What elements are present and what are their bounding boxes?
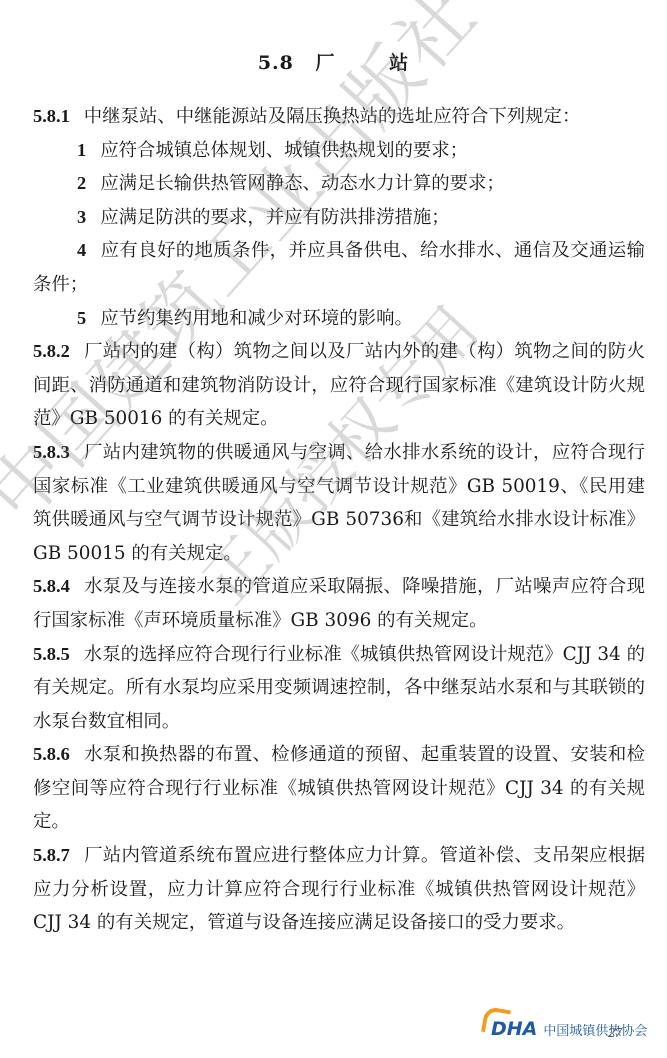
clause-5-8-7: 5.8.7厂站内管道系统布置应进行整体应力计算。管道补偿、支吊架应根据应力分析设…	[33, 839, 645, 940]
item-text: 应符合城镇总体规划、城镇供热规划的要求；	[100, 140, 468, 161]
clause-number: 5.8.1	[33, 106, 70, 126]
document-page: 5.8 厂 站 5.8.1中继泵站、中继能源站及隔压换热站的选址应符合下列规定：…	[0, 0, 667, 1058]
section-title-char1: 厂	[316, 52, 336, 74]
item-text: 应满足防洪的要求，并应有防洪排涝措施；	[100, 207, 449, 228]
item-number: 3	[77, 207, 86, 227]
list-item: 3应满足防洪的要求，并应有防洪排涝措施；	[33, 201, 645, 235]
list-item: 5应节约集约用地和减少对环境的影响。	[33, 302, 645, 336]
section-title-char2: 站	[389, 52, 409, 74]
item-number: 1	[77, 140, 86, 160]
clause-5-8-6: 5.8.6水泵和换热器的布置、检修通道的预留、起重装置的设置、安装和检修空间等应…	[33, 738, 645, 839]
clause-text: 水泵和换热器的布置、检修通道的预留、起重装置的设置、安装和检修空间等应符合现行行…	[33, 744, 645, 832]
document-body: 5.8.1中继泵站、中继能源站及隔压换热站的选址应符合下列规定： 1应符合城镇总…	[33, 100, 645, 940]
clause-text: 厂站内建筑物的供暖通风与空调、给水排水系统的设计，应符合现行国家标准《工业建筑供…	[33, 442, 645, 564]
section-number: 5.8	[258, 52, 294, 74]
item-number: 5	[77, 308, 86, 328]
item-text: 应有良好的地质条件，并应具备供电、给水排水、通信及交通运输条件；	[33, 240, 645, 295]
clause-text: 厂站内管道系统布置应进行整体应力计算。管道补偿、支吊架应根据应力分析设置，应力计…	[33, 845, 645, 933]
clause-text: 水泵的选择应符合现行行业标准《城镇供热管网设计规范》CJJ 34 的有关规定。所…	[33, 644, 645, 732]
clause-number: 5.8.3	[33, 442, 70, 462]
page-number: 27	[608, 1026, 622, 1042]
clause-text: 中继泵站、中继能源站及隔压换热站的选址应符合下列规定：	[84, 106, 581, 127]
item-number: 4	[77, 240, 86, 260]
clause-text: 厂站内的建（构）筑物之间以及厂站内外的建（构）筑物之间的防火间距、消防通道和建筑…	[33, 341, 645, 429]
list-item: 4应有良好的地质条件，并应具备供电、给水排水、通信及交通运输条件；	[33, 234, 645, 301]
clause-5-8-5: 5.8.5水泵的选择应符合现行行业标准《城镇供热管网设计规范》CJJ 34 的有…	[33, 638, 645, 739]
list-item: 1应符合城镇总体规划、城镇供热规划的要求；	[33, 134, 645, 168]
clause-5-8-2: 5.8.2厂站内的建（构）筑物之间以及厂站内外的建（构）筑物之间的防火间距、消防…	[33, 335, 645, 436]
item-text: 应满足长输供热管网静态、动态水力计算的要求；	[100, 173, 505, 194]
footer-logo: DHA 中国城镇供热协会	[485, 1018, 647, 1040]
clause-number: 5.8.4	[33, 576, 70, 596]
clause-number: 5.8.5	[33, 644, 70, 664]
clause-text: 水泵及与连接水泵的管道应采取隔振、降噪措施，厂站噪声应符合现行国家标准《声环境质…	[33, 576, 645, 631]
item-text: 应节约集约用地和减少对环境的影响。	[100, 308, 413, 329]
clause-number: 5.8.6	[33, 744, 70, 764]
list-item: 2应满足长输供热管网静态、动态水力计算的要求；	[33, 167, 645, 201]
clause-5-8-1: 5.8.1中继泵站、中继能源站及隔压换热站的选址应符合下列规定：	[33, 100, 645, 134]
dha-logo-icon: DHA	[485, 1018, 537, 1040]
logo-org-name: 中国城镇供热协会	[543, 1020, 647, 1039]
clause-5-8-4: 5.8.4水泵及与连接水泵的管道应采取隔振、降噪措施，厂站噪声应符合现行国家标准…	[33, 570, 645, 637]
clause-number: 5.8.7	[33, 845, 70, 865]
section-title: 5.8 厂 站	[0, 48, 667, 75]
clause-5-8-3: 5.8.3厂站内建筑物的供暖通风与空调、给水排水系统的设计，应符合现行国家标准《…	[33, 436, 645, 570]
clause-number: 5.8.2	[33, 341, 70, 361]
item-number: 2	[77, 173, 86, 193]
